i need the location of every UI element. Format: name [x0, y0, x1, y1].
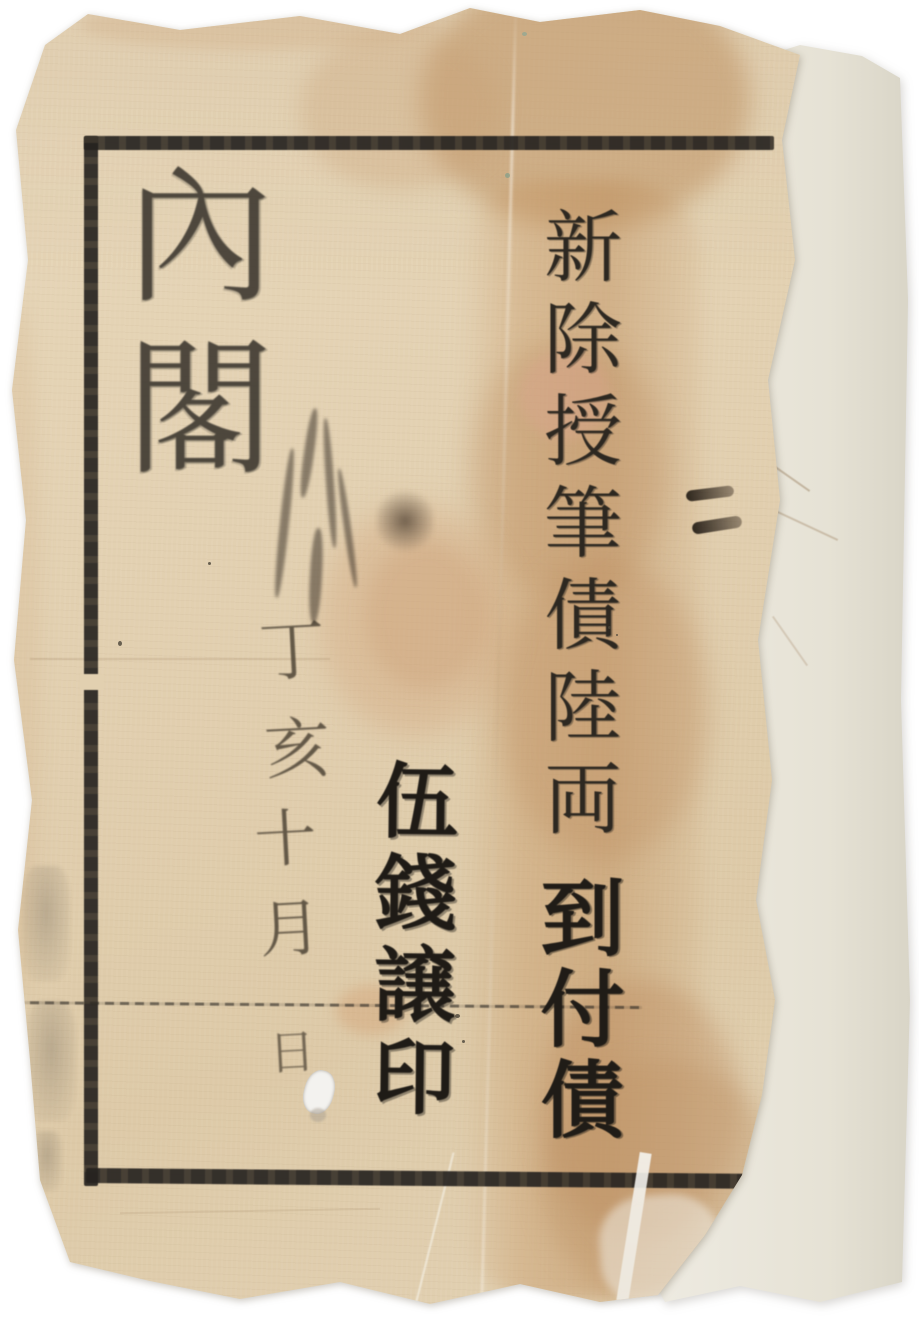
ink-speck: [118, 641, 122, 646]
ink-smudge: [321, 418, 338, 548]
main-column-bold: 到付債: [527, 874, 626, 1147]
tear-flap-light: [596, 1191, 723, 1309]
front-sheet-wrap: 內閣 新除授筆債陸両到付債 伍錢譲印 丁亥 十月 日: [0, 0, 919, 1337]
frame-left-thin: [0, 3, 3, 1001]
moss-speck: [505, 173, 510, 178]
frame-left-thick: [84, 136, 98, 1186]
ink-smudge: [298, 408, 320, 499]
ink-smudge: [308, 528, 325, 623]
handwritten-date-era: 丁亥: [251, 614, 327, 813]
faint-ink-group: [26, 1001, 76, 1121]
main-column-printed: 新除授筆債陸両: [531, 206, 621, 850]
frame-top-thick: [84, 136, 774, 150]
handwritten-date-day: 日: [265, 1027, 313, 1075]
handwritten-date-month: 十月: [247, 805, 318, 988]
document-photo: 內閣 新除授筆債陸両到付債 伍錢譲印 丁亥 十月 日: [0, 0, 919, 1337]
ink-speck: [608, 626, 611, 629]
ink-smudge: [336, 468, 360, 588]
seal-column-text: 伍錢譲印: [366, 758, 452, 1127]
faint-ink-group: [22, 866, 70, 981]
ink-speck: [616, 634, 618, 636]
frame-top-thin: [0, 0, 680, 3]
ink-blot: [376, 486, 434, 556]
ink-speck: [455, 1014, 460, 1018]
ink-speck: [208, 562, 211, 565]
moss-speck: [522, 32, 527, 36]
ink-speck: [462, 1040, 465, 1043]
paper-damage-shadow: [310, 1108, 326, 1122]
front-sheet: 內閣 新除授筆債陸両到付債 伍錢譲印 丁亥 十月 日: [0, 0, 919, 1337]
cabinet-stamp-text: 內閣: [114, 158, 262, 502]
main-column-text: 新除授筆債陸両到付債: [534, 206, 618, 1147]
left-margin-faint-ink: [16, 866, 84, 1166]
faint-ink-group: [32, 1131, 62, 1191]
ink-smudge-group: [266, 408, 386, 633]
ink-smudge: [272, 448, 297, 598]
